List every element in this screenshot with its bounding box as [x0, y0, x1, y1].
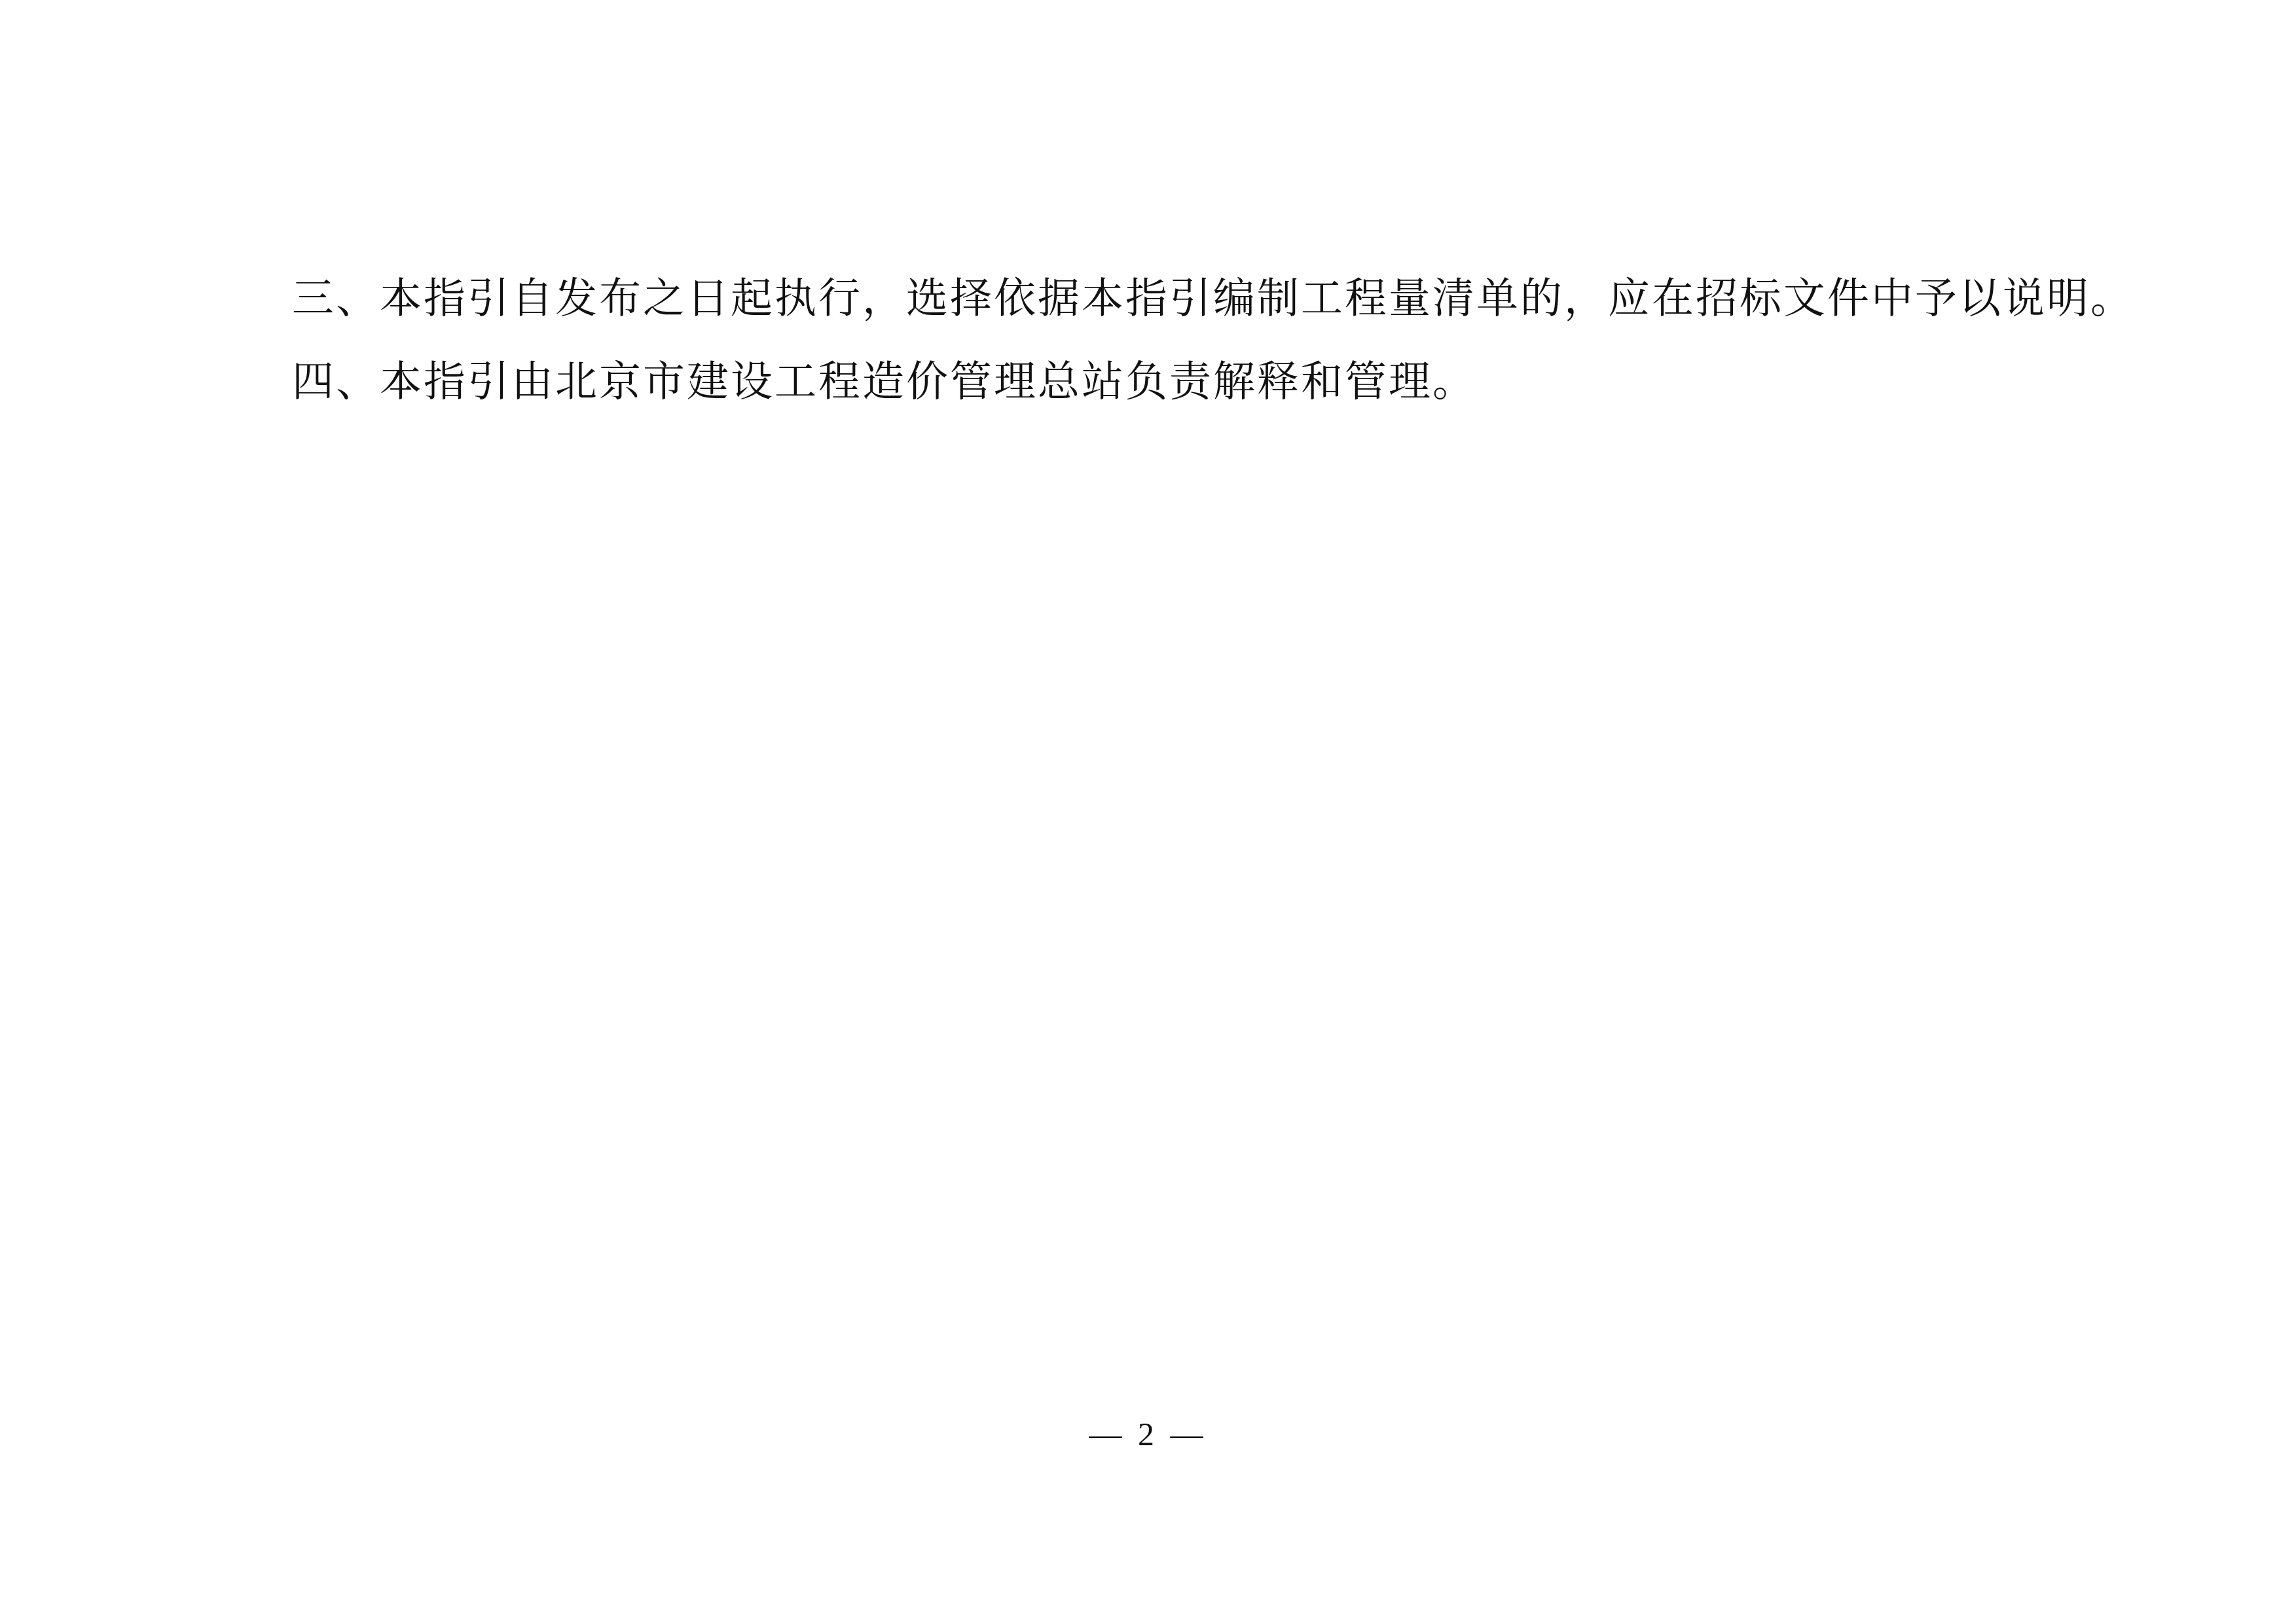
- paragraph-item-three: 三、本指引自发布之日起执行，选择依据本指引编制工程量清单的，应在招标文件中予以说…: [292, 257, 2138, 340]
- page-footer: — 2 —: [0, 1411, 2296, 1457]
- paragraph-item-four: 四、本指引由北京市建设工程造价管理总站负责解释和管理。: [292, 340, 2138, 423]
- document-page: 三、本指引自发布之日起执行，选择依据本指引编制工程量清单的，应在招标文件中予以说…: [0, 0, 2296, 1624]
- body-text-block: 三、本指引自发布之日起执行，选择依据本指引编制工程量清单的，应在招标文件中予以说…: [292, 257, 2138, 423]
- page-number: — 2 —: [1089, 1411, 1207, 1457]
